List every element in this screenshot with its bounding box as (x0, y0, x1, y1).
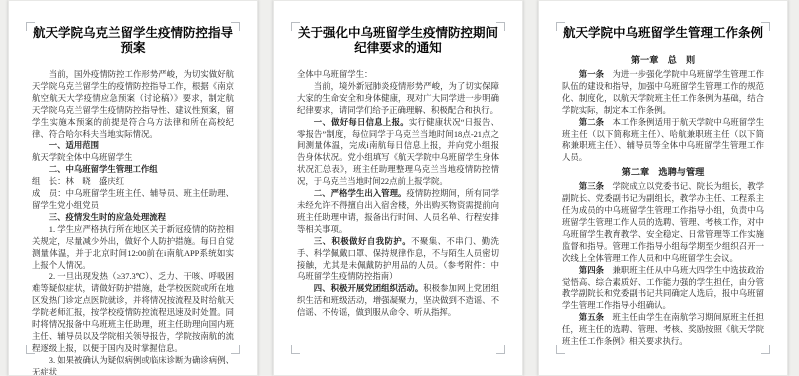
doc1-block-heading: 一、适用范围 (32, 140, 234, 152)
doc3-block-chapter: 第二章 选聘与管理 (562, 166, 764, 179)
doc2-block-para: 一、做好每日信息上报。实行健康状况“日报告、零报告”制度，每位同学于乌克兰当地时… (297, 117, 499, 188)
document-title-line: 航天学院乌克兰留学生疫情防控指导预案 (32, 26, 234, 56)
doc3-block-para: 第三条 学院成立以党委书记、院长为组长，教学副院长、党委副书记为副组长，教学办主… (562, 181, 764, 264)
doc1-block-plain: 成 员：中乌班留学生班主任、辅导员、班主任助理、留学生党小组党员 (32, 188, 234, 212)
doc2-block-para: 四、积极开展党团组织活动。积极参加网上党团组织生活和班级活动，增强凝聚力，坚决做… (297, 283, 499, 319)
block-lead: 一、做好每日信息上报。 (314, 117, 409, 127)
block-lead: 四、积极开展党团组织活动。 (314, 283, 423, 293)
doc1-block-para: 当前，国外疫情防控工作形势严峻，为切实做好航天学院乌克兰留学生的疫情防控指导工作… (32, 69, 234, 140)
block-lead: 第三条 (579, 181, 613, 191)
block-text: 实行健康状况“日报告、零报告”制度，每位同学于乌克兰当地时间18点-21点之间测… (297, 118, 499, 187)
document-page-3: 航天学院中乌班留学生管理工作条例第一章 总 则第一条 为进一步强化学院中乌班留学… (538, 0, 788, 376)
block-lead: 第二条 (579, 117, 613, 127)
doc1-block-plain: 航天学院全体中乌班留学生 (32, 152, 234, 164)
document-title-line: 关于强化中乌班留学生疫情防控期间 (297, 26, 499, 41)
document-title-line: 纪律要求的通知 (297, 41, 499, 56)
doc1-block-heading: 三、疫情发生时的应急处理流程 (32, 212, 234, 224)
block-lead: 第四条 (579, 265, 613, 275)
block-lead: 第五条 (579, 312, 613, 322)
doc3-block-para: 第四条 兼职班主任从中乌班大四学生中选拔政治觉悟高、综合素质好、工作能力强的学生… (562, 265, 764, 313)
doc2-block-para: 三、积极做好自我防护。不聚集、不串门、勤洗手、科学佩戴口罩、保持规律作息，不与陌… (297, 236, 499, 284)
doc2-block-salutation: 全体中乌班留学生： (297, 69, 499, 81)
text-boundary-mark-br (496, 345, 505, 354)
document-page-2: 关于强化中乌班留学生疫情防控期间纪律要求的通知全体中乌班留学生：当前，境外新冠肺… (273, 0, 523, 376)
doc3-block-para: 第五条 班主任由学生在南航学习期间原班主任担任，班主任的选聘、管理、考核、奖励按… (562, 312, 764, 348)
doc3-block-para: 第二条 本工作条例适用于航天学院中乌班留学生班主任（以下简称班主任）、哈航兼职班… (562, 117, 764, 165)
doc2-block-para: 当前，境外新冠肺炎疫情形势严峻，为了切实保障大家的生命安全和身体健康，现对广大同… (297, 81, 499, 117)
block-lead: 二、严格学生出入管理。 (314, 188, 407, 198)
document-title: 航天学院乌克兰留学生疫情防控指导预案 (32, 26, 234, 56)
block-lead: 三、积极做好自我防护。 (314, 236, 411, 246)
document-page-1: 航天学院乌克兰留学生疫情防控指导预案当前，国外疫情防控工作形势严峻，为切实做好航… (8, 0, 258, 376)
document-title-line: 航天学院中乌班留学生管理工作条例 (562, 26, 764, 41)
doc1-block-heading: 二、中乌班留学生管理工作组 (32, 164, 234, 176)
doc3-block-chapter: 第一章 总 则 (562, 54, 764, 67)
block-text: 学院成立以党委书记、院长为组长，教学副院长、党委副书记为副组长，教学办主任、工程… (562, 182, 764, 262)
doc1-block-para: 1. 学生应严格执行所在地区关于新冠疫情的防控相关规定，尽量减少外出，做好个人防… (32, 224, 234, 272)
workspace: 航天学院乌克兰留学生疫情防控指导预案当前，国外疫情防控工作形势严峻，为切实做好航… (0, 0, 799, 376)
doc1-block-para: 2. 一旦出现发热（≥37.3℃）、乏力、干咳、呼吸困难等疑似症状，请做好防护措… (32, 271, 234, 354)
document-title: 航天学院中乌班留学生管理工作条例 (562, 26, 764, 41)
document-title: 关于强化中乌班留学生疫情防控期间纪律要求的通知 (297, 26, 499, 56)
text-boundary-mark-bl (291, 345, 300, 354)
doc2-block-para: 二、严格学生出入管理。疫情防控期间，所有同学未经允许不得擅自出入宿舍楼，外出购买… (297, 188, 499, 236)
doc1-block-para: 3. 如果被确认为疑似病例或临床诊断为确诊病例、无症状 (32, 355, 234, 376)
doc3-block-para: 第一条 为进一步强化学院中乌班留学生管理工作队伍的建设和指导，加强中乌班留学生管… (562, 69, 764, 117)
block-lead: 第一条 (579, 69, 613, 79)
doc1-block-plain: 组 长：林 晓 盛庆红 (32, 176, 234, 188)
